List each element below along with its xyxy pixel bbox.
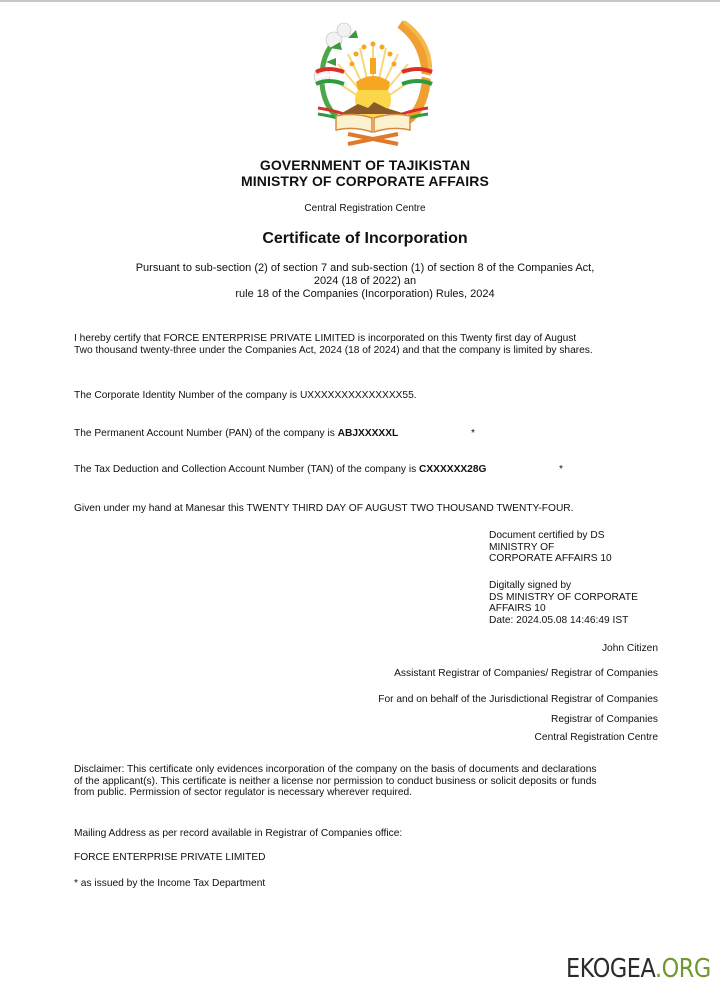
cin-value: UXXXXXXXXXXXXXX55. bbox=[300, 390, 417, 401]
registrar-office: Registrar of Companies bbox=[551, 714, 658, 726]
mailing-address-label: Mailing Address as per record available … bbox=[74, 828, 402, 840]
watermark-logo: EKOGEA.ORG bbox=[566, 954, 711, 984]
government-heading: GOVERNMENT OF TAJIKISTAN MINISTRY OF COR… bbox=[0, 157, 720, 189]
pursuant-line: rule 18 of the Companies (Incorporation)… bbox=[0, 288, 720, 301]
certificate-title: Certificate of Incorporation bbox=[0, 230, 720, 248]
given-under-hand: Given under my hand at Manesar this TWEN… bbox=[74, 503, 574, 515]
certified-line: CORPORATE AFFAIRS 10 bbox=[489, 553, 612, 565]
pursuant-clause: Pursuant to sub-section (2) of section 7… bbox=[0, 262, 720, 301]
certified-line: Document certified by DS bbox=[489, 530, 612, 542]
heading-ministry: MINISTRY OF CORPORATE AFFAIRS bbox=[0, 173, 720, 189]
disclaimer-line: of the applicant(s). This certificate is… bbox=[74, 776, 596, 788]
registration-centre: Central Registration Centre bbox=[0, 203, 720, 214]
digital-line: AFFAIRS 10 bbox=[489, 603, 638, 615]
cin-label: The Corporate Identity Number of the com… bbox=[74, 390, 300, 401]
tan-value: CXXXXXX28G bbox=[419, 464, 486, 475]
page-top-border bbox=[0, 0, 720, 2]
certification-statement: I hereby certify that FORCE ENTERPRISE P… bbox=[74, 333, 593, 356]
pan-footnote-marker: * bbox=[471, 428, 475, 440]
watermark-tld: .ORG bbox=[655, 954, 711, 984]
signatory-designation: Assistant Registrar of Companies/ Regist… bbox=[394, 668, 658, 680]
certified-by-block: Document certified by DS MINISTRY OF COR… bbox=[489, 530, 612, 565]
tan-statement: The Tax Deduction and Collection Account… bbox=[74, 464, 486, 476]
on-behalf-line: For and on behalf of the Jurisdictional … bbox=[378, 694, 658, 706]
pursuant-line: 2024 (18 of 2022) an bbox=[0, 275, 720, 288]
footnote: * as issued by the Income Tax Department bbox=[74, 878, 265, 890]
pursuant-line: Pursuant to sub-section (2) of section 7… bbox=[0, 262, 720, 275]
cin-statement: The Corporate Identity Number of the com… bbox=[74, 390, 417, 402]
digital-line: Digitally signed by bbox=[489, 580, 638, 592]
disclaimer-line: Disclaimer: This certificate only eviden… bbox=[74, 764, 596, 776]
signatory-name: John Citizen bbox=[602, 643, 658, 655]
mailing-address-name: FORCE ENTERPRISE PRIVATE LIMITED bbox=[74, 852, 266, 864]
pan-statement: The Permanent Account Number (PAN) of th… bbox=[74, 428, 398, 440]
digital-signature-block: Digitally signed by DS MINISTRY OF CORPO… bbox=[489, 580, 638, 626]
disclaimer: Disclaimer: This certificate only eviden… bbox=[74, 764, 596, 799]
tan-label: The Tax Deduction and Collection Account… bbox=[74, 464, 419, 475]
pan-label: The Permanent Account Number (PAN) of th… bbox=[74, 428, 338, 439]
certification-line: Two thousand twenty-three under the Comp… bbox=[74, 345, 593, 357]
registrar-centre: Central Registration Centre bbox=[535, 732, 658, 744]
watermark-name: EKOGEA bbox=[566, 954, 655, 984]
heading-government: GOVERNMENT OF TAJIKISTAN bbox=[0, 157, 720, 173]
disclaimer-line: from public. Permission of sector regula… bbox=[74, 787, 596, 799]
pan-value: ABJXXXXXL bbox=[338, 428, 399, 439]
state-emblem-icon bbox=[308, 14, 438, 146]
certification-line: I hereby certify that FORCE ENTERPRISE P… bbox=[74, 333, 593, 345]
certified-line: MINISTRY OF bbox=[489, 542, 612, 554]
digital-line: DS MINISTRY OF CORPORATE bbox=[489, 592, 638, 604]
signature-date: Date: 2024.05.08 14:46:49 IST bbox=[489, 615, 638, 627]
tan-footnote-marker: * bbox=[559, 464, 563, 476]
